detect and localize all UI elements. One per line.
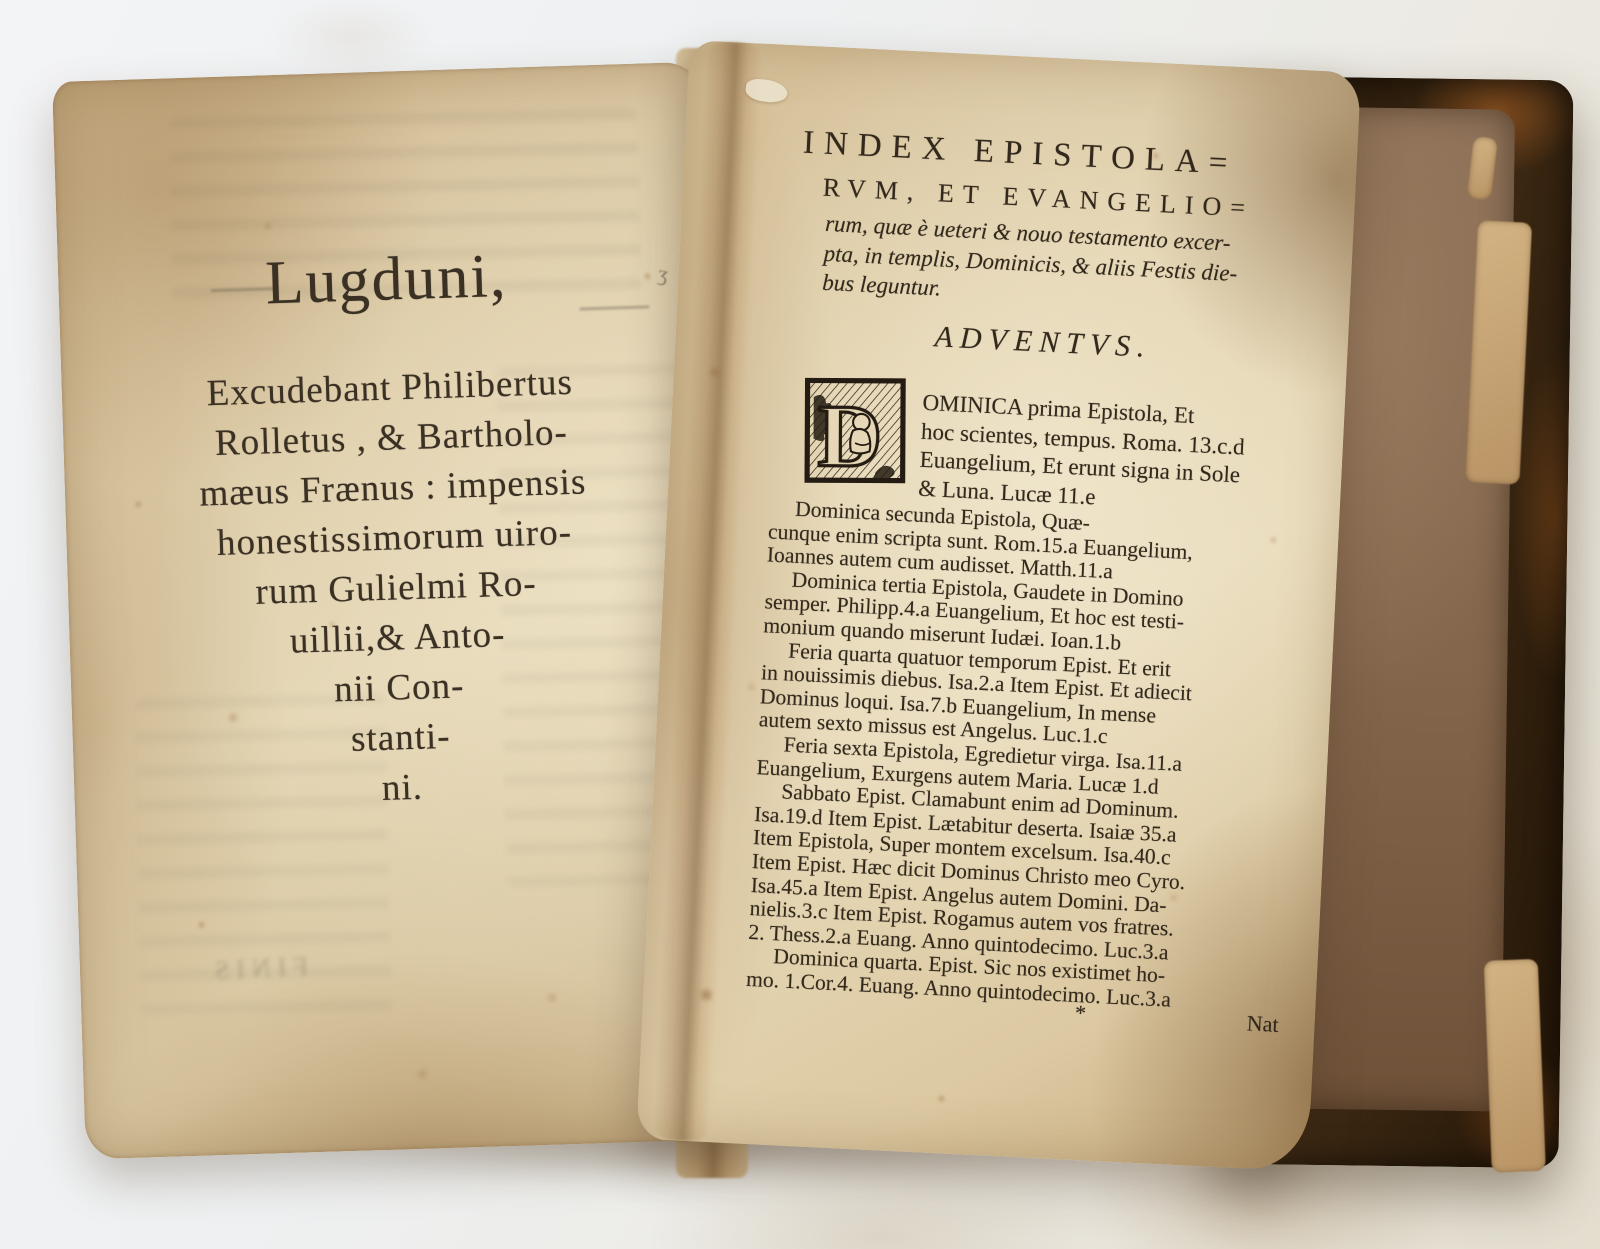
photo-open-antique-book: ʒ FINIS Lugduni, Excudebant Philibertus …	[0, 0, 1600, 1249]
show-through-finis: FINIS	[207, 952, 308, 987]
index-body-block: Dominica secunda Epistola, Quæ- cunque e…	[746, 496, 1310, 1017]
pastedown-tear	[1484, 959, 1546, 1173]
signature-mark: *	[1074, 1000, 1086, 1027]
first-paragraph: OMINICA prima Epistola, Et hoc scientes,…	[918, 389, 1323, 523]
pastedown-tear	[1465, 220, 1532, 484]
colophon-block: Lugduni, Excudebant Philibertus Rolletus…	[85, 234, 703, 823]
foxing-spots	[52, 82, 54, 84]
right-page: INDEX EPISTOLA= RVM, ET EVANGELIO= rum, …	[636, 40, 1361, 1172]
section-heading-adventus: ADVENTVS.	[770, 312, 1316, 373]
woodcut-initial-D: D	[802, 375, 908, 485]
right-page-text: INDEX EPISTOLA= RVM, ET EVANGELIO= rum, …	[636, 40, 1361, 1172]
left-page: ʒ FINIS Lugduni, Excudebant Philibertus …	[52, 61, 741, 1159]
index-title-block: INDEX EPISTOLA= RVM, ET EVANGELIO= rum, …	[796, 120, 1329, 322]
catchword: Nat	[1246, 1010, 1279, 1038]
